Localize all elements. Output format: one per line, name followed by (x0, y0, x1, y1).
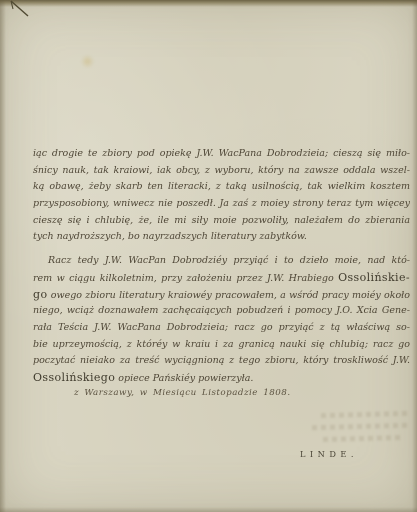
text-line: rem w ciągu kilkoletnim, przy założeniu … (33, 270, 410, 287)
page-right-edge (412, 0, 417, 512)
text-line: Racz tedy J.W. WacPan Dobrodziéy przyiąć… (33, 253, 410, 270)
emphasized-name: Ossolińskiego (33, 371, 115, 384)
bleedthrough-text (321, 411, 409, 418)
text-line: ką obawę, żeby skarb ten literacki, z ta… (33, 179, 410, 196)
text-line: tych naydroższych, bo nayrzadszych liter… (33, 229, 410, 246)
text-line: cieszę się i chlubię, że, ile mi siły mo… (33, 213, 410, 230)
text-line: przysposobiony, wniwecz nie poszedł. Ja … (33, 196, 410, 213)
bleedthrough-text (323, 435, 403, 442)
text-line: iąc drogie te zbiory pod opiekę J.W. Wac… (33, 146, 410, 163)
page-text: iąc drogie te zbiory pod opiekę J.W. Wac… (33, 146, 410, 387)
text-line: Ossolińskiego opiece Pańskiéy powierzyła… (33, 370, 410, 387)
text-line: niego, wciąż doznawałem zachęcaiących po… (33, 303, 410, 320)
signature: LINDE. (300, 449, 358, 459)
text-line: rała Teścia J.W. WacPana Dobrodzieia; ra… (33, 320, 410, 337)
paragraph-1: iąc drogie te zbiory pod opiekę J.W. Wac… (33, 146, 410, 246)
text-line: poczytać nieiako za treść wyciągnioną z … (33, 353, 410, 370)
paper-stain (80, 55, 95, 68)
text-line: go owego zbioru literatury kraiowéy prac… (33, 287, 410, 304)
bleedthrough-text (312, 423, 407, 430)
page-bottom-edge (0, 507, 417, 512)
book-page: iąc drogie te zbiory pod opiekę J.W. Wac… (0, 0, 417, 512)
text-line: śnicy nauk, tak kraiowi, iak obcy, z wyb… (33, 163, 410, 180)
page-left-edge (0, 0, 6, 512)
emphasized-name: Ossolińskie- (338, 271, 410, 284)
page-top-edge (0, 0, 417, 7)
text-line: bie uprzeymością, z któréy w kraiu i za … (33, 337, 410, 354)
corner-fold-mark (0, 0, 42, 24)
dateline: z Warszawy, w Miesiącu Listopadzie 1808. (74, 388, 291, 398)
paragraph-2: Racz tedy J.W. WacPan Dobrodziéy przyiąć… (33, 253, 410, 387)
emphasized-name: go (33, 288, 47, 301)
